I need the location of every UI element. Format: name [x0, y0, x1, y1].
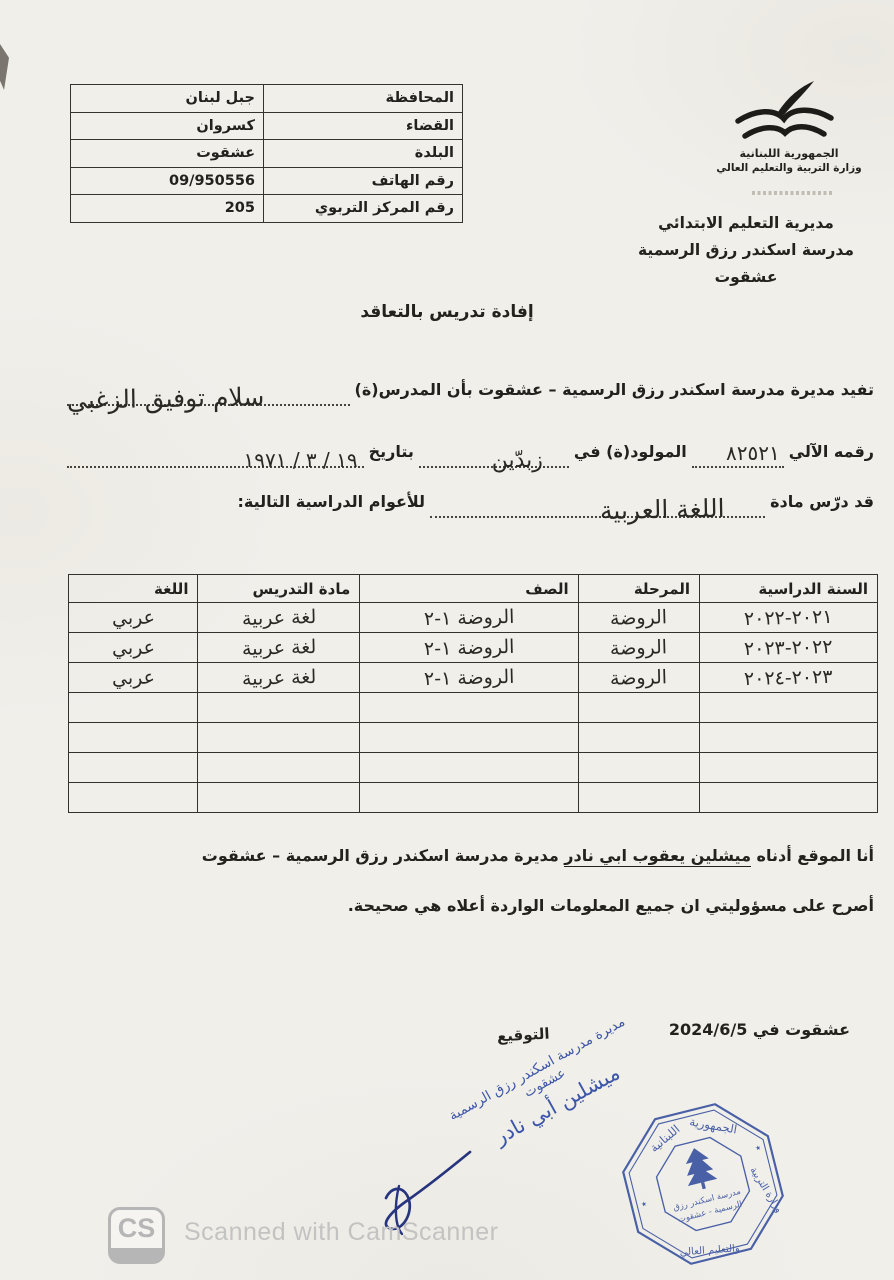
body-line-1-text: تفيد مديرة مدرسة اسكندر رزق الرسمية – عش…	[355, 380, 874, 399]
official-seal-stamp: مدرسة اسكندر رزق الرسمية - عشقوت الجمهور…	[594, 1080, 811, 1280]
letterhead-republic: الجمهورية اللبنانية	[723, 147, 855, 160]
seal-ring-word: اللبنانية	[647, 1122, 682, 1155]
table-row: ٢٠٢١‏-‏٢٠٢٢ الروضة الروضة ١‏-‏٢ لغة عربي…	[69, 603, 878, 633]
table-row: ٢٠٢٢‏-‏٢٠٢٣ الروضة الروضة ١‏-‏٢ لغة عربي…	[69, 633, 878, 663]
table-row-empty	[69, 783, 878, 813]
info-label: البلدة	[264, 140, 463, 168]
seal-star: ٭	[639, 1197, 648, 1211]
principal-name-underlined: ميشلين يعقوب ابي نادر	[564, 846, 751, 867]
year-cell: ٢٠٢١‏-‏٢٠٢٢	[744, 605, 833, 629]
dotted-fill: ١٩‏ / ‏٣‏ / ‏١٩٧١	[67, 449, 364, 468]
fine-print-line	[752, 191, 832, 195]
body-line-1: تفيد مديرة مدرسة اسكندر رزق الرسمية – عش…	[62, 380, 874, 406]
table-row-empty	[69, 693, 878, 723]
col-header-stage: المرحلة	[578, 575, 699, 603]
info-value: جبل لبنان	[71, 85, 264, 113]
info-value: كسروان	[71, 112, 264, 140]
col-header-class: الصف	[360, 575, 578, 603]
body-line-2-label-c: بتاريخ	[369, 442, 414, 461]
info-label: القضاء	[264, 112, 463, 140]
subject-cell: لغة عربية	[241, 636, 316, 660]
scanned-document-page: المحافظة جبل لبنان القضاء كسروان البلدة …	[0, 0, 894, 1280]
declaration-intro: أنا الموقع أدناه	[757, 846, 874, 865]
table-row: المحافظة جبل لبنان	[71, 85, 463, 113]
body-line-3-label-a: قد درّس مادة	[770, 492, 874, 511]
handwritten-id-number: ٨٢٥٢١	[726, 441, 780, 465]
handwritten-birthdate: ١٩‏ / ‏٣‏ / ‏١٩٧١	[244, 448, 358, 472]
page-title: إفادة تدريس بالتعاقد	[0, 302, 894, 322]
body-line-3-label-b: للأعوام الدراسية التالية:	[238, 492, 426, 511]
seal-star: ٭	[754, 1141, 763, 1155]
subject-cell: لغة عربية	[241, 666, 316, 690]
declaration-line-1: أنا الموقع أدناه ميشلين يعقوب ابي نادر م…	[62, 846, 874, 865]
info-label: المحافظة	[264, 85, 463, 113]
language-cell: عربي	[111, 606, 155, 629]
body-line-2-label-a: رقمه الآلي	[789, 442, 874, 461]
school-line: مدرسة اسكندر رزق الرسمية عشقوت	[610, 237, 882, 291]
ministry-logo-icon	[700, 80, 870, 148]
language-cell: عربي	[111, 666, 155, 689]
class-cell: الروضة ١‏-‏٢	[424, 665, 515, 689]
school-info-table: المحافظة جبل لبنان القضاء كسروان البلدة …	[70, 84, 463, 223]
col-header-year: السنة الدراسية	[700, 575, 878, 603]
camscanner-logo-icon: CS	[108, 1207, 165, 1264]
dotted-fill: زبدّين	[419, 449, 569, 468]
language-cell: عربي	[111, 636, 155, 659]
subject-cell: لغة عربية	[241, 606, 316, 630]
table-row-empty	[69, 723, 878, 753]
stage-cell: الروضة	[610, 636, 668, 659]
camscanner-watermark-text: Scanned with CamScanner	[184, 1218, 498, 1247]
letterhead-directorate-school: مديرية التعليم الابتدائي مدرسة اسكندر رز…	[610, 210, 882, 291]
stage-cell: الروضة	[610, 606, 668, 629]
class-cell: الروضة ١‏-‏٢	[424, 635, 515, 659]
camscanner-badge-letters: CS	[111, 1213, 162, 1244]
table-row: القضاء كسروان	[71, 112, 463, 140]
handwritten-subject: اللغة العربية	[600, 494, 725, 525]
dotted-fill: اللغة العربية	[430, 499, 765, 518]
body-line-3: قد درّس مادة اللغة العربية للأعوام الدرا…	[62, 492, 874, 518]
seal-ring-word: والتعليم العالي	[679, 1243, 740, 1258]
table-row: رقم المركز التربوي 205	[71, 195, 463, 223]
table-row: ٢٠٢٣‏-‏٢٠٢٤ الروضة الروضة ١‏-‏٢ لغة عربي…	[69, 663, 878, 693]
letterhead-ministry: وزارة التربية والتعليم العالي	[703, 162, 875, 174]
place-date-line: عشقوت في 2024/6/5	[669, 1020, 850, 1039]
info-label: رقم المركز التربوي	[264, 195, 463, 223]
declaration-rest: مديرة مدرسة اسكندر رزق الرسمية – عشقوت	[202, 846, 559, 865]
info-value: 205	[71, 195, 264, 223]
body-paragraph: تفيد مديرة مدرسة اسكندر رزق الرسمية – عش…	[62, 380, 874, 518]
seal-ring-word: وزارة التربية	[747, 1165, 784, 1215]
signature-label: التوقيع	[497, 1025, 550, 1046]
col-header-subject: مادة التدريس	[198, 575, 360, 603]
seal-ring-word: الجمهورية	[688, 1114, 738, 1137]
academic-years-table: السنة الدراسية المرحلة الصف مادة التدريس…	[68, 574, 878, 813]
body-line-2: رقمه الآلي ٨٢٥٢١ المولود(ة) في زبدّين بت…	[62, 442, 874, 468]
scan-edge-artifact	[0, 44, 9, 90]
info-value: عشقوت	[71, 140, 264, 168]
body-line-2-label-b: المولود(ة) في	[574, 442, 687, 461]
table-row-empty	[69, 753, 878, 783]
table-header-row: السنة الدراسية المرحلة الصف مادة التدريس…	[69, 575, 878, 603]
stage-cell: الروضة	[610, 666, 668, 689]
table-row: رقم الهاتف 09/950556	[71, 167, 463, 195]
handwritten-birthplace: زبدّين	[492, 448, 543, 473]
table-row: البلدة عشقوت	[71, 140, 463, 168]
camscanner-badge-band	[111, 1248, 162, 1261]
declaration-line-2: أصرح على مسؤوليتي ان جميع المعلومات الوا…	[62, 896, 874, 915]
directorate-line: مديرية التعليم الابتدائي	[610, 210, 882, 237]
handwritten-teacher-name: سلام توفيق الزغبي	[67, 382, 265, 414]
class-cell: الروضة ١‏-‏٢	[424, 605, 515, 629]
dotted-fill: ٨٢٥٢١	[692, 449, 784, 468]
year-cell: ٢٠٢٢‏-‏٢٠٢٣	[744, 635, 833, 659]
info-value: 09/950556	[71, 167, 264, 195]
year-cell: ٢٠٢٣‏-‏٢٠٢٤	[744, 665, 833, 689]
info-label: رقم الهاتف	[264, 167, 463, 195]
dotted-fill: سلام توفيق الزغبي	[67, 387, 350, 406]
col-header-language: اللغة	[69, 575, 198, 603]
cedar-tree-icon	[679, 1144, 717, 1186]
